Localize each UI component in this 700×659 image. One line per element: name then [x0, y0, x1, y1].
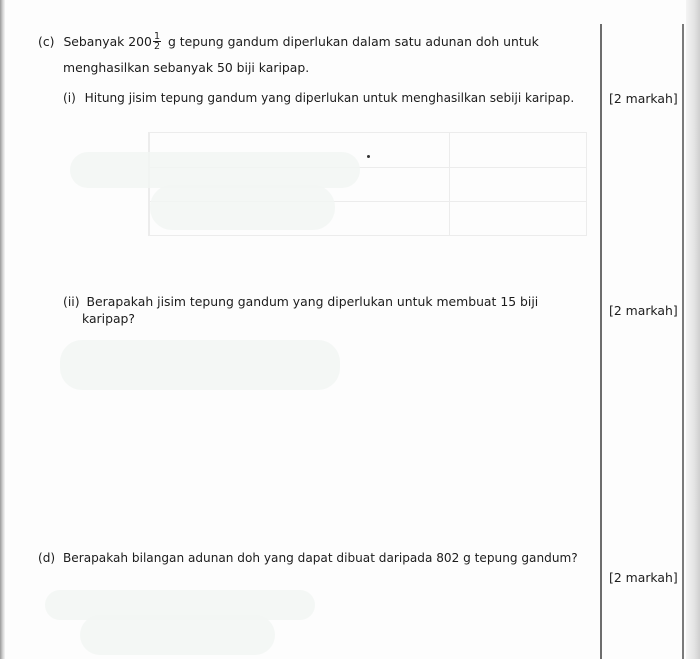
question-d-marks: [2 markah]: [609, 570, 678, 585]
bleed-through-highlight: [80, 615, 275, 655]
question-c-i-label: (i): [63, 91, 76, 105]
question-d-label: (d): [38, 551, 55, 565]
question-c-ii-marks: [2 markah]: [609, 303, 678, 318]
fraction-half: 12: [153, 32, 161, 51]
question-c-ii-line2: karipap?: [82, 310, 135, 327]
question-c-i: (i) Hitung jisim tepung gandum yang dipe…: [63, 90, 574, 107]
question-c-line1: (c) Sebanyak 20012 g tepung gandum diper…: [38, 33, 539, 52]
question-c-text-start: Sebanyak 200: [63, 34, 152, 49]
question-c-i-text: Hitung jisim tepung gandum yang diperluk…: [85, 91, 575, 105]
question-c-i-marks: [2 markah]: [609, 91, 678, 106]
stray-dot: [367, 155, 370, 158]
bleed-through-highlight: [60, 340, 340, 390]
page-left-edge: [0, 0, 5, 659]
question-c-text-end: g tepung gandum diperlukan dalam satu ad…: [168, 34, 539, 49]
fraction-denominator: 2: [153, 42, 161, 51]
bleed-through-highlight: [70, 152, 360, 188]
question-c-ii-label: (ii): [63, 294, 80, 309]
question-c-ii-line1: (ii) Berapakah jisim tepung gandum yang …: [63, 293, 538, 310]
page-right-edge: [686, 0, 700, 659]
question-d-text: Berapakah bilangan adunan doh yang dapat…: [63, 551, 578, 565]
question-d: (d) Berapakah bilangan adunan doh yang d…: [38, 550, 578, 567]
question-c-label: (c): [38, 33, 54, 50]
question-c-ii-text: Berapakah jisim tepung gandum yang diper…: [87, 294, 539, 309]
marks-column-left-border: [600, 24, 602, 659]
marks-column-right-border: [682, 24, 684, 659]
question-c-line2: menghasilkan sebanyak 50 biji karipap.: [63, 59, 309, 76]
bleed-through-highlight: [150, 185, 335, 230]
